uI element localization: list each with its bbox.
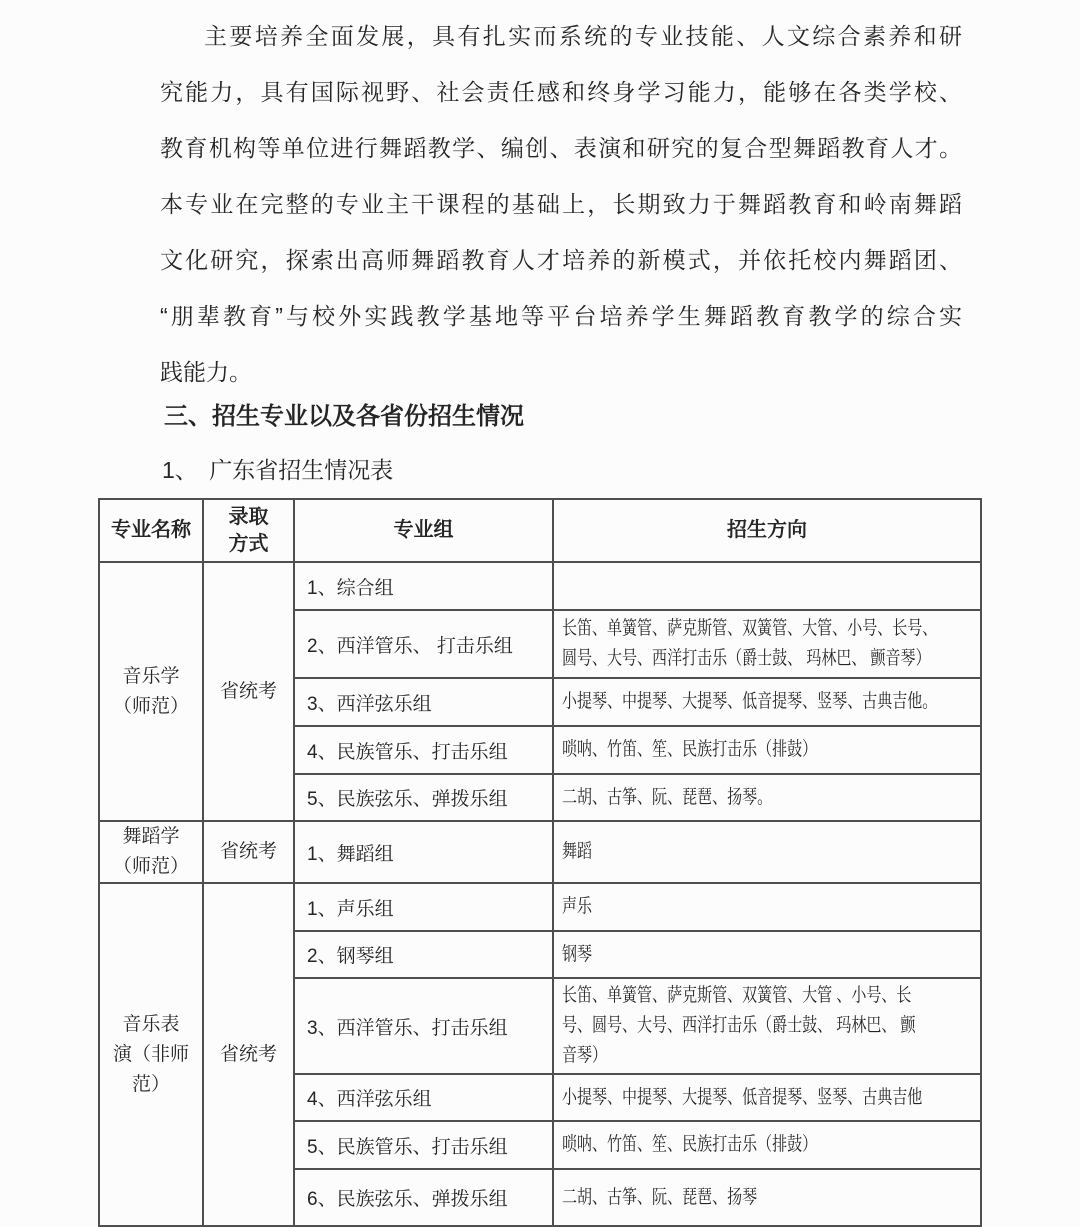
- paragraph-line: 践能力。: [160, 344, 962, 400]
- direction-text: 小提琴、中提琴、大提琴、低音提琴、竖琴、古典吉他。: [562, 687, 974, 717]
- direction-text: 长笛、单簧管、萨克斯管、双簧管、大管 、小号、长 号、圆号、大号、西洋打击乐（爵…: [562, 981, 974, 1071]
- admission-cell: 省统考: [203, 821, 294, 883]
- table-caption: 1、 广东省招生情况表: [162, 454, 393, 486]
- group-cell: 5、民族弦乐、弹拨乐组: [294, 774, 553, 821]
- document-page: 主要培养全面发展，具有扎实而系统的专业技能、人文综合素养和研 究能力，具有国际视…: [0, 0, 1080, 1227]
- paragraph-line: 主要培养全面发展，具有扎实而系统的专业技能、人文综合素养和研: [160, 8, 962, 64]
- direction-text: 唢呐、竹笛、笙、民族打击乐（排鼓）: [562, 735, 974, 765]
- table-row: 音乐学 （师范） 省统考 1、综合组: [99, 562, 981, 610]
- admission-cell: 省统考: [203, 562, 294, 821]
- direction-cell: 声乐: [553, 883, 981, 931]
- direction-cell: 唢呐、竹笛、笙、民族打击乐（排鼓）: [553, 726, 981, 774]
- group-cell: 4、民族管乐、打击乐组: [294, 726, 553, 774]
- paragraph-line: “朋辈教育”与校外实践教学基地等平台培养学生舞蹈教育教学的综合实: [160, 288, 962, 344]
- group-cell: 3、西洋弦乐组: [294, 678, 553, 726]
- direction-text: 小提琴、中提琴、大提琴、低音提琴、竖琴、古典吉他: [562, 1083, 974, 1113]
- group-cell: 1、声乐组: [294, 883, 553, 931]
- group-cell: 4、西洋弦乐组: [294, 1074, 553, 1121]
- paragraph-line: 究能力，具有国际视野、社会责任感和终身学习能力，能够在各类学校、: [160, 64, 962, 120]
- group-cell: 5、民族管乐、打击乐组: [294, 1121, 553, 1169]
- direction-cell: 二胡、古筝、阮、琵琶、扬琴。: [553, 774, 981, 821]
- admission-cell: 省统考: [203, 883, 294, 1226]
- col-header-admission: 录取 方式: [203, 499, 294, 562]
- admissions-table: 专业名称 录取 方式 专业组 招生方向 音乐学 （师范） 省统考 1、综合组 2…: [98, 498, 982, 1227]
- paragraph-line: 教育机构等单位进行舞蹈教学、编创、表演和研究的复合型舞蹈教育人才。: [160, 120, 962, 176]
- paragraph-line: 本专业在完整的专业主干课程的基础上，长期致力于舞蹈教育和岭南舞蹈: [160, 176, 962, 232]
- major-cell: 音乐学 （师范）: [99, 562, 203, 821]
- group-cell: 1、舞蹈组: [294, 821, 553, 883]
- group-cell: 6、民族弦乐、弹拨乐组: [294, 1169, 553, 1226]
- direction-text: 声乐: [562, 892, 974, 922]
- direction-text: 长笛、单簧管、萨克斯管、双簧管、大管、小号、长号、 圆号、大号、西洋打击乐（爵士…: [562, 614, 974, 674]
- section-heading: 三、招生专业以及各省份招生情况: [164, 401, 524, 433]
- col-header-direction: 招生方向: [553, 499, 981, 562]
- group-cell: 2、西洋管乐、 打击乐组: [294, 610, 553, 678]
- group-cell: 2、钢琴组: [294, 931, 553, 978]
- direction-cell: 长笛、单簧管、萨克斯管、双簧管、大管、小号、长号、 圆号、大号、西洋打击乐（爵士…: [553, 610, 981, 678]
- direction-cell: 唢呐、竹笛、笙、民族打击乐（排鼓）: [553, 1121, 981, 1169]
- direction-cell: 长笛、单簧管、萨克斯管、双簧管、大管 、小号、长 号、圆号、大号、西洋打击乐（爵…: [553, 978, 981, 1074]
- direction-text: 舞蹈: [562, 837, 974, 867]
- direction-cell: 舞蹈: [553, 821, 981, 883]
- intro-paragraph: 主要培养全面发展，具有扎实而系统的专业技能、人文综合素养和研 究能力，具有国际视…: [160, 8, 962, 400]
- group-cell: 1、综合组: [294, 562, 553, 610]
- group-cell: 3、西洋管乐、打击乐组: [294, 978, 553, 1074]
- paragraph-line: 文化研究，探索出高师舞蹈教育人才培养的新模式，并依托校内舞蹈团、: [160, 232, 962, 288]
- direction-cell: 钢琴: [553, 931, 981, 978]
- col-header-group: 专业组: [294, 499, 553, 562]
- direction-cell: [553, 562, 981, 610]
- direction-cell: 小提琴、中提琴、大提琴、低音提琴、竖琴、古典吉他: [553, 1074, 981, 1121]
- direction-text: 二胡、古筝、阮、琵琶、扬琴: [562, 1183, 974, 1213]
- table-row: 舞蹈学 （师范） 省统考 1、舞蹈组 舞蹈: [99, 821, 981, 883]
- col-header-major: 专业名称: [99, 499, 203, 562]
- direction-text: 二胡、古筝、阮、琵琶、扬琴。: [562, 783, 974, 813]
- table-row: 音乐表 演（非师 范） 省统考 1、声乐组 声乐: [99, 883, 981, 931]
- direction-cell: 二胡、古筝、阮、琵琶、扬琴: [553, 1169, 981, 1226]
- direction-text: 唢呐、竹笛、笙、民族打击乐（排鼓）: [562, 1130, 974, 1160]
- major-cell: 音乐表 演（非师 范）: [99, 883, 203, 1226]
- direction-text: 钢琴: [562, 940, 974, 970]
- table-header-row: 专业名称 录取 方式 专业组 招生方向: [99, 499, 981, 562]
- direction-cell: 小提琴、中提琴、大提琴、低音提琴、竖琴、古典吉他。: [553, 678, 981, 726]
- major-cell: 舞蹈学 （师范）: [99, 821, 203, 883]
